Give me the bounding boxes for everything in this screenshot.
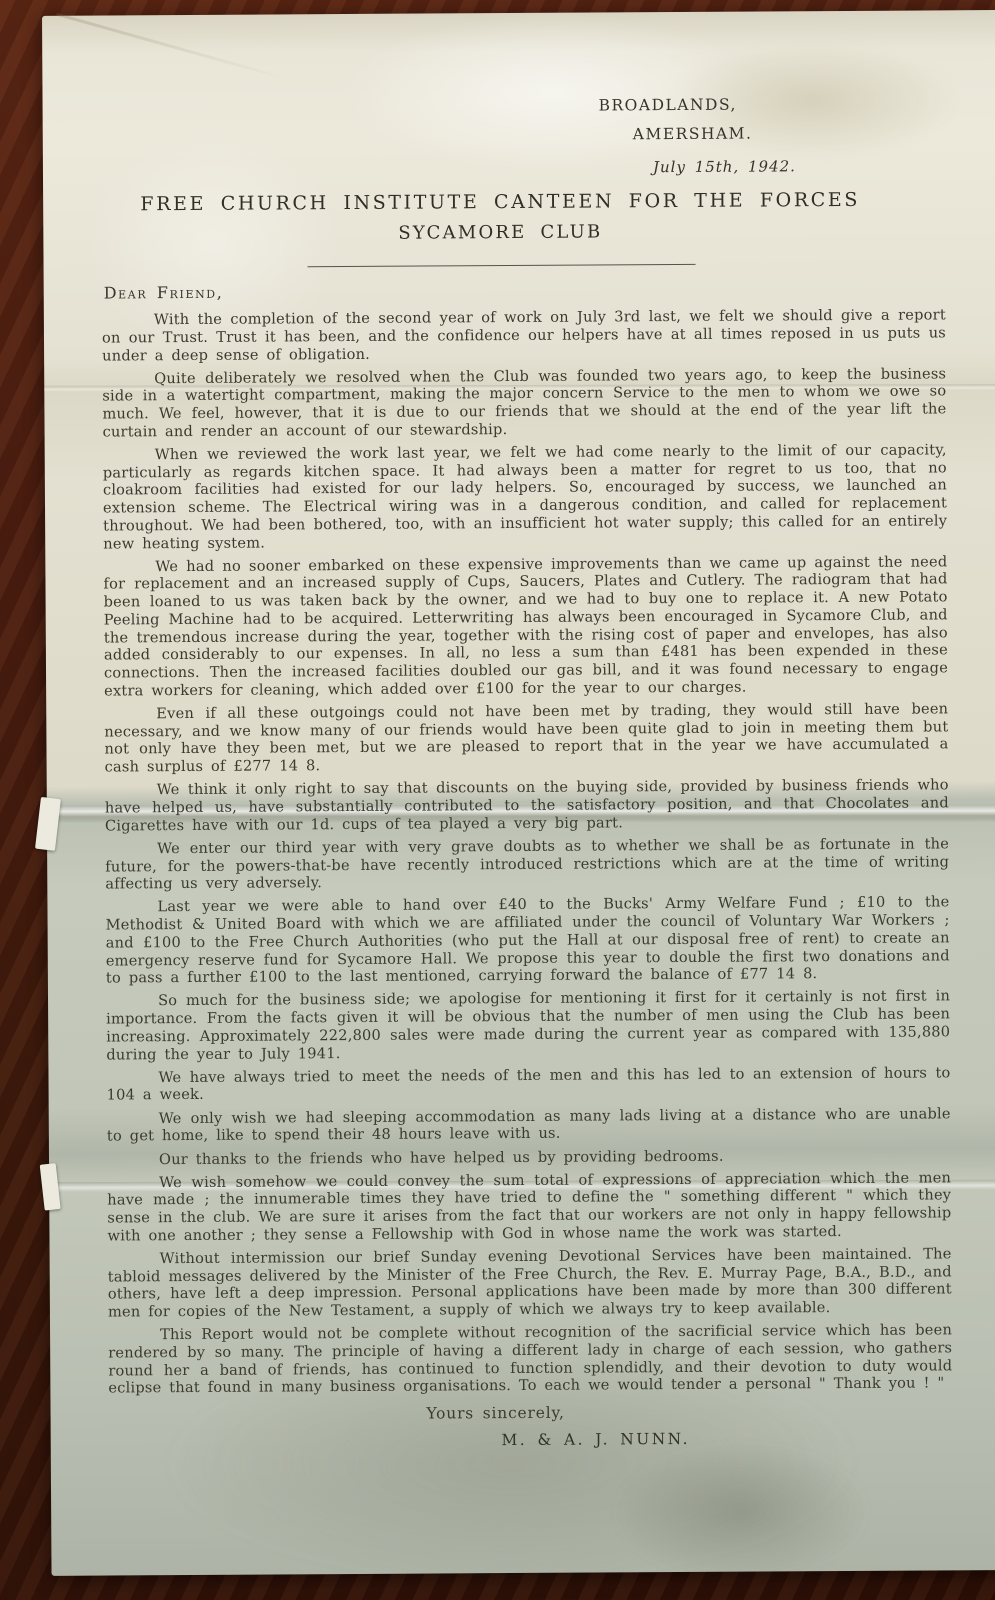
letter-header: BROADLANDS, AMERSHAM. July 15th, 1942. — [101, 95, 946, 196]
photo-background: BROADLANDS, AMERSHAM. July 15th, 1942. F… — [0, 0, 995, 1600]
letter-paragraph: Last year we were able to hand over £40 … — [105, 894, 950, 988]
letter-paragraph: We enter our third year with very grave … — [105, 835, 949, 893]
letter-paragraph: With the completion of the second year o… — [102, 306, 946, 364]
sender-address-line: AMERSHAM. — [633, 126, 753, 144]
letter-paragraph: We only wish we had sleeping accommodati… — [107, 1105, 951, 1146]
signature-line: M. & A. J. NUNN. — [109, 1429, 953, 1452]
letter-paper: BROADLANDS, AMERSHAM. July 15th, 1942. F… — [42, 10, 995, 1576]
letter-date: July 15th, 1942. — [653, 158, 796, 177]
letter-paragraph: We had no sooner embarked on these expen… — [103, 553, 948, 700]
letter-paragraph: We have always tried to meet the needs o… — [106, 1064, 950, 1105]
letter-paragraph: Even if all these outgoings could not ha… — [104, 700, 948, 776]
salutation: Dear Friend, — [104, 280, 946, 303]
letter-title: FREE CHURCH INSTITUTE CANTEEN FOR THE FO… — [101, 191, 945, 244]
letter-paragraph: Our thanks to the friends who have helpe… — [107, 1146, 951, 1169]
letter-title-line2: SYCAMORE CLUB — [101, 221, 899, 244]
letter-paragraph: When we reviewed the work last year, we … — [103, 441, 948, 552]
paper-stain — [611, 1441, 872, 1583]
letter-paragraph: We wish somehow we could convey the sum … — [107, 1169, 951, 1245]
sender-address-line: BROADLANDS, — [599, 97, 737, 116]
letter-paragraph: We think it only right to say that disco… — [105, 777, 949, 835]
letter-paragraph: Without intermission our brief Sunday ev… — [108, 1245, 952, 1321]
letter-body: With the completion of the second year o… — [102, 306, 953, 1397]
letter-paragraph: Quite deliberately we resolved when the … — [102, 365, 946, 441]
closing-line: Yours sincerely, — [109, 1403, 953, 1426]
title-divider-rule — [308, 264, 696, 267]
letter-paragraph: This Report would not be complete withou… — [108, 1322, 952, 1398]
letter-paragraph: So much for the business side; we apolog… — [106, 988, 950, 1064]
letter-content: BROADLANDS, AMERSHAM. July 15th, 1942. F… — [42, 10, 995, 1452]
